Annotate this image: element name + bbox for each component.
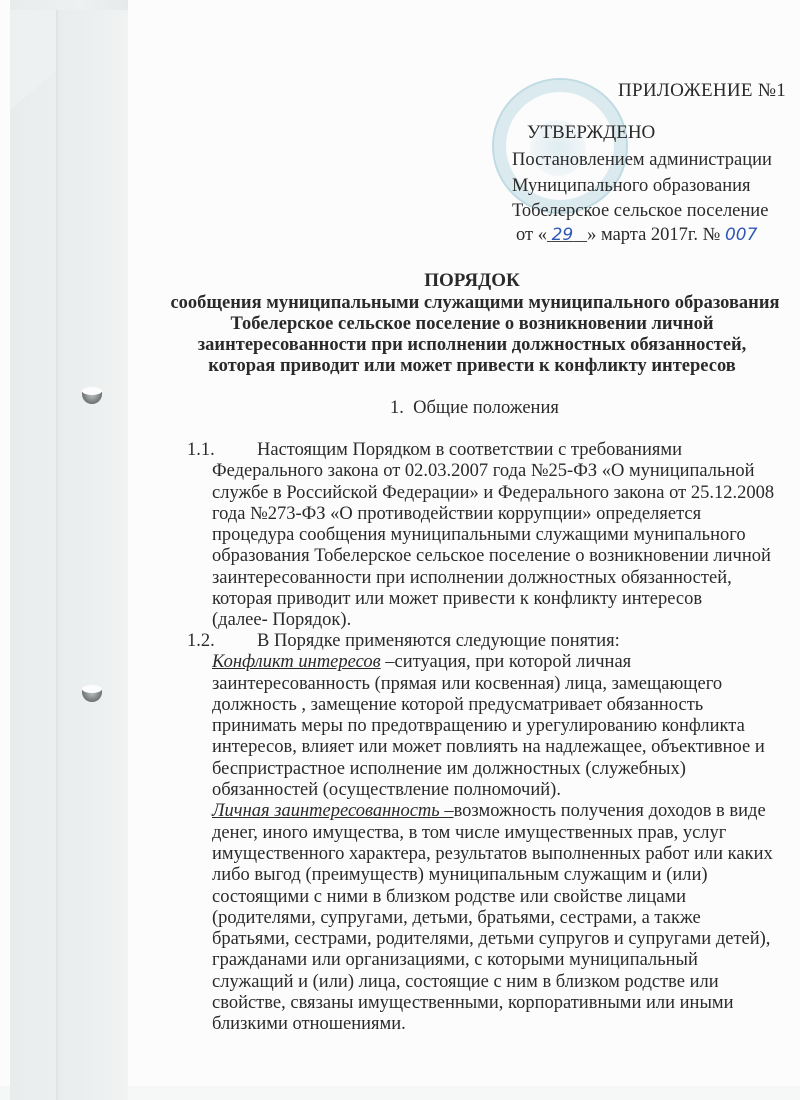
approved-line-3: Тобелерское сельское поселение <box>512 201 768 222</box>
text-line: гражданами или организациями, с которыми… <box>212 950 792 971</box>
section-title: Общие положения <box>413 398 559 418</box>
text-line: либо выгод (преимуществ) муниципальным с… <box>212 865 792 886</box>
item-number-1-2: 1.2. <box>187 631 215 652</box>
text-line: состоящими с ними в близком родстве или … <box>212 887 792 908</box>
approved-heading: УТВЕРЖДЕНО <box>527 122 655 144</box>
document-title: ПОРЯДОК <box>72 270 800 292</box>
section-heading: 1. Общие положения <box>390 398 559 419</box>
text-line: Федерального закона от 02.03.2007 года №… <box>212 461 792 482</box>
approved-line-1: Постановлением администрации <box>512 150 772 171</box>
text-line: образования Тобелерское сельское поселен… <box>212 546 792 567</box>
text-line: беспристрастное исполнение им должностны… <box>212 759 792 780</box>
definition-text: –ситуация, при которой личная <box>381 652 632 672</box>
text-line: служащий и (или) лица, состоящие с ним в… <box>212 972 792 993</box>
page-curl-fold <box>56 10 128 1100</box>
definition-text: возможность получения доходов в виде <box>454 801 766 821</box>
appendix-label: ПРИЛОЖЕНИЕ №1 <box>618 80 786 102</box>
definition-conflict-first-line: Конфликт интересов –ситуация, при которо… <box>212 652 792 673</box>
text-line: должность , замещение которой предусматр… <box>212 695 792 716</box>
approved-line-2: Муниципального образования <box>512 176 751 197</box>
paragraph-1-1: Настоящим Порядком в соответствии с треб… <box>212 440 792 632</box>
text-line: заинтересованность (прямая или косвенная… <box>212 674 792 695</box>
item-number-1-1: 1.1. <box>187 440 215 461</box>
text-line: свойстве, связаны имущественными, корпор… <box>212 993 792 1014</box>
text-line: интересов, влияет или может повлиять на … <box>212 737 792 758</box>
date-day-field: 29 <box>547 225 587 245</box>
text-line: обязанностей (осуществление полномочий). <box>212 780 792 801</box>
text-line: заинтересованности при исполнении должно… <box>212 568 792 589</box>
date-prefix: от « <box>516 225 547 245</box>
text-line: денег, иного имущества, в том числе имущ… <box>212 823 792 844</box>
document-number-handwritten: 007 <box>725 225 757 245</box>
term-personal-interest: Личная заинтересованность – <box>212 801 454 821</box>
text-line: близкими отношениями. <box>212 1014 792 1035</box>
item-intro: В Порядке применяются следующие понятия: <box>212 631 792 652</box>
page-fold-edge <box>56 10 58 1100</box>
text-line: (родителями, супругами, детьми, братьями… <box>212 908 792 929</box>
text-line: которая приводит или может привести к ко… <box>212 589 792 610</box>
text-line: принимать меры по предотвращению и урегу… <box>212 716 792 737</box>
subtitle-line-1: сообщения муниципальными служащими муниц… <box>75 293 800 314</box>
date-suffix: » марта 2017г. № <box>587 225 720 245</box>
definition-personal-interest-first-line: Личная заинтересованность –возможность п… <box>212 801 792 822</box>
subtitle-line-4: которая приводит или может привести к ко… <box>72 356 800 377</box>
date-day-handwritten: 29 <box>552 225 574 245</box>
text-line: Настоящим Порядком в соответствии с треб… <box>212 440 792 461</box>
subtitle-line-3: заинтересованности при исполнении должно… <box>72 335 800 356</box>
section-number: 1. <box>390 398 404 418</box>
term-conflict-of-interest: Конфликт интересов <box>212 652 381 672</box>
text-line: имущественного характера, результатов вы… <box>212 844 792 865</box>
text-line: процедура сообщения муниципальными служа… <box>212 525 792 546</box>
text-line: службе в Российской Федерации» и Федерал… <box>212 483 792 504</box>
approval-date-line: от « 29 » марта 2017г. № 007 <box>516 225 757 246</box>
text-line: братьями, сестрами, родителями, детьми с… <box>212 929 792 950</box>
paragraph-1-2: В Порядке применяются следующие понятия:… <box>212 631 792 1036</box>
text-line: года №273-ФЗ «О противодействии коррупци… <box>212 504 792 525</box>
text-line: (далее- Порядок). <box>212 610 792 631</box>
subtitle-line-2: Тобелерское сельское поселение о возникн… <box>72 314 800 335</box>
